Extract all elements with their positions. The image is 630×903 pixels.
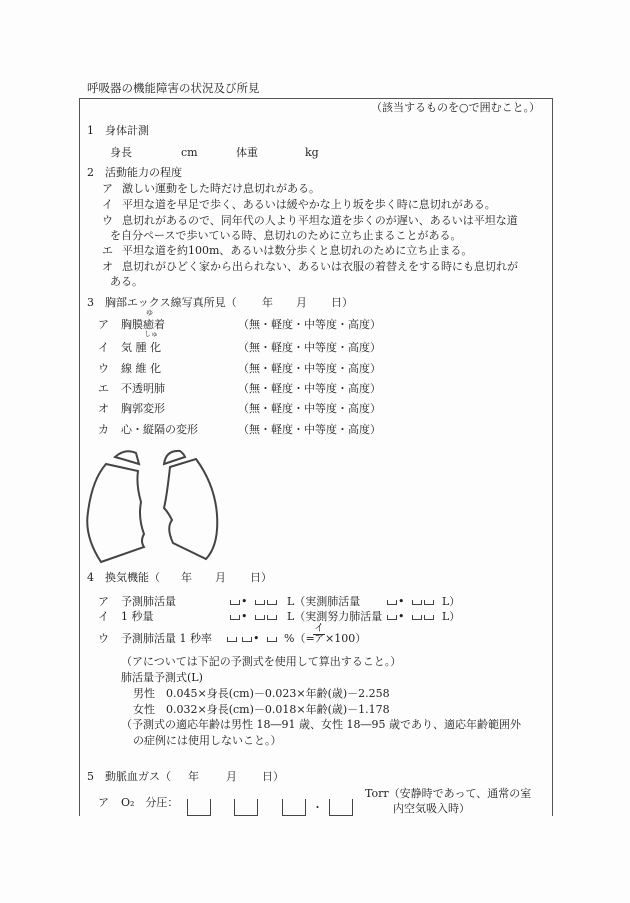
vent-unit-close: L） (442, 610, 460, 624)
o2-digit-box-4[interactable] (329, 799, 353, 815)
xray-label: 胸膜癒着 (121, 318, 165, 332)
xray-key: イ (98, 341, 109, 355)
vent-key: イ (98, 610, 109, 624)
torr-note: Torr（安静時であって、通常の室 (365, 787, 531, 801)
calc-note: （アについては下記の予測式を使用して算出すること。） (121, 655, 401, 669)
section3-heading: 3 胸部エックス線写真所見（ (87, 296, 237, 310)
s4-year: 年 (181, 571, 192, 585)
s3-month: 月 (296, 296, 307, 310)
s3-day: 日） (331, 296, 353, 310)
activity-item: 息切れがあるので、同年代の人より平坦な道を歩くのが遅い、あるいは平坦な道 (122, 214, 518, 228)
vent-unit: L（実測肺活量 (287, 595, 360, 609)
xray-scale: （無・軽度・中等度・高度） (238, 362, 381, 376)
instruction-text: （該当するものを○で囲むこと。） (371, 101, 540, 115)
s3-year: 年 (262, 296, 273, 310)
vent-label-ratio: 予測肺活量 1 秒率 (121, 632, 212, 646)
xray-label: 胸郭変形 (121, 402, 165, 416)
xray-key: カ (98, 423, 109, 437)
s4-day: 日） (250, 571, 272, 585)
s5-year: 年 (188, 770, 199, 784)
activity-item: 息切れがひどく家から出られない、あるいは衣服の着替えをする時にも息切れが (122, 260, 518, 274)
weight-unit: kg (305, 146, 319, 160)
vent-label-predicted-vc: 予測肺活量 (121, 595, 176, 609)
fraction-denominator: ア (313, 635, 325, 645)
xray-key: ア (98, 318, 109, 332)
weight-label: 体重 (236, 146, 258, 160)
height-unit: cm (181, 146, 198, 160)
activity-item-cont: を自分ペースで歩いている時、息切れのために立ち止まることがある。 (110, 229, 461, 243)
xray-scale: （無・軽度・中等度・高度） (238, 423, 381, 437)
activity-key: ア (102, 182, 113, 196)
vent-unit: L（実測努力肺活量 (287, 610, 382, 624)
activity-item: 激しい運動をした時だけ息切れがある。 (122, 182, 320, 196)
age-range-note: （予測式の適応年齢は男性 18―91 歳、女性 18―95 歳であり、適応年齢範… (121, 718, 521, 732)
section2-heading: 2 活動能力の程度 (87, 166, 182, 180)
torr-note-cont: 内空気吸入時） (393, 802, 470, 816)
activity-key: エ (102, 244, 113, 258)
formula-female: 女性 0.032×身長(cm)－0.018×年齢(歳)－1.178 (133, 703, 390, 717)
measured-fvc-digit-field[interactable]: • (386, 610, 435, 624)
activity-item: 平坦な道を早足で歩く、あるいは緩やかな上り坂を歩く時に息切れがある。 (122, 198, 496, 212)
gas-key: ア (98, 796, 109, 810)
xray-key: ウ (98, 362, 109, 376)
ratio-tail: ×100） (325, 632, 366, 646)
activity-key: ウ (102, 214, 113, 228)
activity-key: オ (102, 260, 113, 274)
formula-title: 肺活量予測式(L) (121, 671, 203, 685)
activity-item: 平坦な道を約100m、あるいは数分歩くと息切れのために立ち止まる。 (122, 244, 472, 258)
s4-month: 月 (215, 571, 226, 585)
xray-key: オ (98, 402, 109, 416)
section5-heading: 5 動脈血ガス（ (87, 770, 171, 784)
o2-digit-box-1[interactable] (187, 799, 211, 815)
o2-partial-pressure-label: O₂ 分圧： (121, 796, 178, 810)
activity-key: イ (102, 198, 113, 212)
age-range-note-cont: の症例には使用しないこと。） (133, 734, 282, 748)
s5-day: 日） (262, 770, 284, 784)
xray-scale: （無・軽度・中等度・高度） (238, 382, 381, 396)
decimal-dot: ・ (312, 801, 323, 815)
ratio-unit: %（= (284, 632, 315, 646)
xray-label: 不透明肺 (121, 382, 165, 396)
xray-scale: （無・軽度・中等度・高度） (238, 341, 381, 355)
vc-digit-field[interactable]: • (229, 595, 278, 609)
ruby-yu: ゆ (146, 309, 153, 317)
xray-scale: （無・軽度・中等度・高度） (238, 318, 381, 332)
xray-key: エ (98, 382, 109, 396)
xray-label: 気 腫 化 (121, 341, 161, 355)
xray-label: 線 維 化 (121, 362, 161, 376)
activity-item-cont: ある。 (110, 275, 143, 289)
vent-label-fev1: 1 秒量 (121, 610, 154, 624)
height-label: 身長 (110, 146, 132, 160)
measured-vc-digit-field[interactable]: • (386, 595, 435, 609)
o2-digit-box-3[interactable] (282, 799, 306, 815)
vent-key: ア (98, 595, 109, 609)
lung-diagram-icon (80, 440, 240, 570)
vent-unit-close: L） (442, 595, 460, 609)
page-title: 呼吸器の機能障害の状況及び所見 (87, 81, 260, 95)
section1-heading: 1 身体計測 (87, 124, 149, 138)
s5-month: 月 (226, 770, 237, 784)
ratio-digit-field[interactable]: • (226, 632, 278, 646)
vent-key: ウ (98, 632, 109, 646)
ratio-fraction: イア (313, 624, 325, 645)
formula-male: 男性 0.045×身長(cm)－0.023×年齢(歳)－2.258 (133, 687, 390, 701)
o2-digit-box-2[interactable] (234, 799, 258, 815)
xray-scale: （無・軽度・中等度・高度） (238, 402, 381, 416)
section4-heading: 4 換気機能（ (87, 571, 160, 585)
xray-label: 心・縦隔の変形 (121, 423, 198, 437)
fev1-digit-field[interactable]: • (229, 610, 278, 624)
ruby-shu: しゅ (144, 330, 158, 338)
